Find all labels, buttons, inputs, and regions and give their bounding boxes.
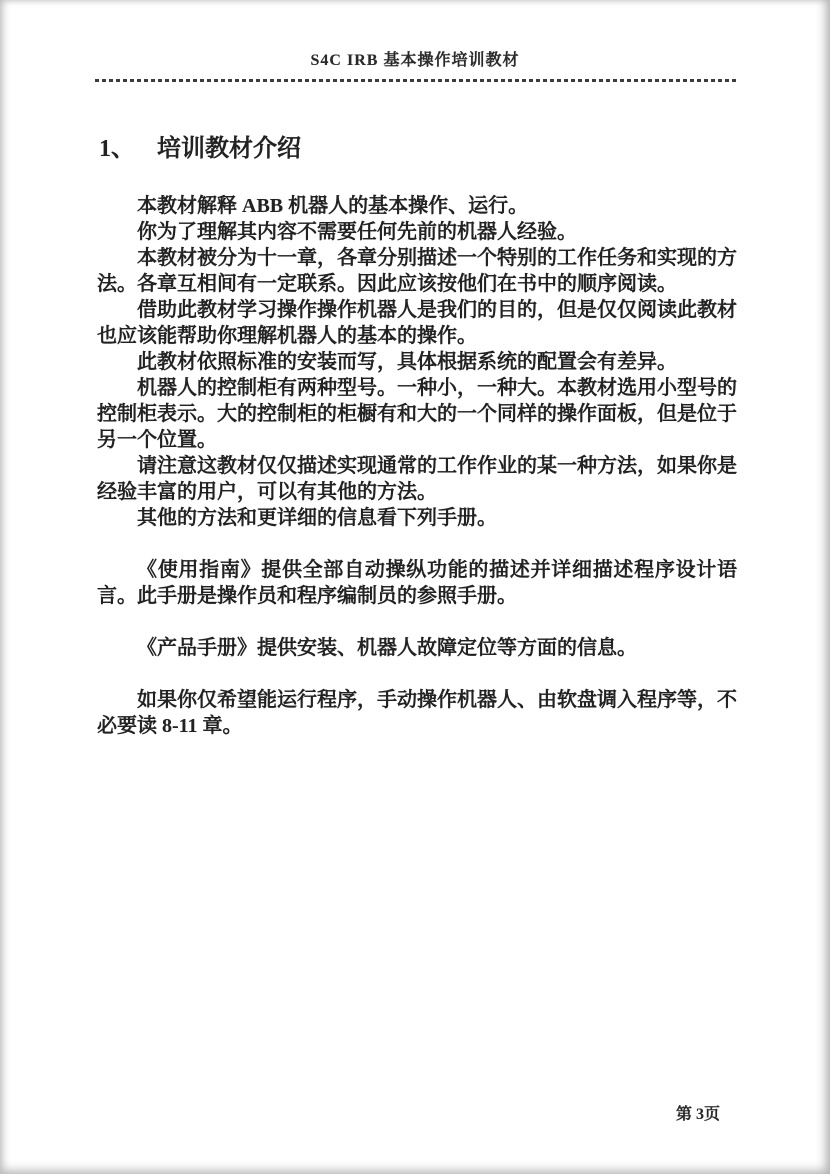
body-paragraph: 请注意这教材仅仅描述实现通常的工作作业的某一种方法，如果你是经验丰富的用户，可以… (97, 453, 737, 505)
body-paragraph: 机器人的控制柜有两种型号。一种小，一种大。本教材选用小型号的控制柜表示。大的控制… (97, 375, 737, 453)
page-header: S4C IRB 基本操作培训教材 (0, 0, 830, 70)
body-paragraph: 如果你仅希望能运行程序，手动操作机器人、由软盘调入程序等，不必要读 8-11 章… (97, 687, 737, 739)
body-paragraph: 借助此教材学习操作操作机器人是我们的目的，但是仅仅阅读此教材也应该能帮助你理解机… (97, 297, 737, 349)
body-paragraph: 此教材依照标准的安装而写，具体根据系统的配置会有差异。 (97, 349, 737, 375)
body-paragraph: 《产品手册》提供安装、机器人故障定位等方面的信息。 (97, 635, 737, 661)
header-divider (95, 79, 737, 82)
header-title: S4C IRB 基本操作培训教材 (311, 52, 520, 69)
section-number: 1、 (99, 128, 135, 163)
body-paragraph: 本教材解释 ABB 机器人的基本操作、运行。 (97, 193, 737, 219)
body-paragraph: 你为了理解其内容不需要任何先前的机器人经验。 (97, 219, 737, 245)
document-page: S4C IRB 基本操作培训教材 1、培训教材介绍 本教材解释 ABB 机器人的… (0, 0, 830, 1174)
body-paragraph: 本教材被分为十一章，各章分别描述一个特别的工作任务和实现的方法。各章互相间有一定… (97, 245, 737, 297)
page-content: 1、培训教材介绍 本教材解释 ABB 机器人的基本操作、运行。 你为了理解其内容… (0, 128, 830, 739)
body-paragraph: 《使用指南》提供全部自动操纵功能的描述并详细描述程序设计语言。此手册是操作员和程… (97, 557, 737, 609)
body-paragraph: 其他的方法和更详细的信息看下列手册。 (97, 505, 737, 531)
page-number: 第 3页 (676, 1101, 720, 1124)
section-title-text: 培训教材介绍 (157, 136, 301, 162)
section-title: 1、培训教材介绍 (99, 128, 737, 163)
